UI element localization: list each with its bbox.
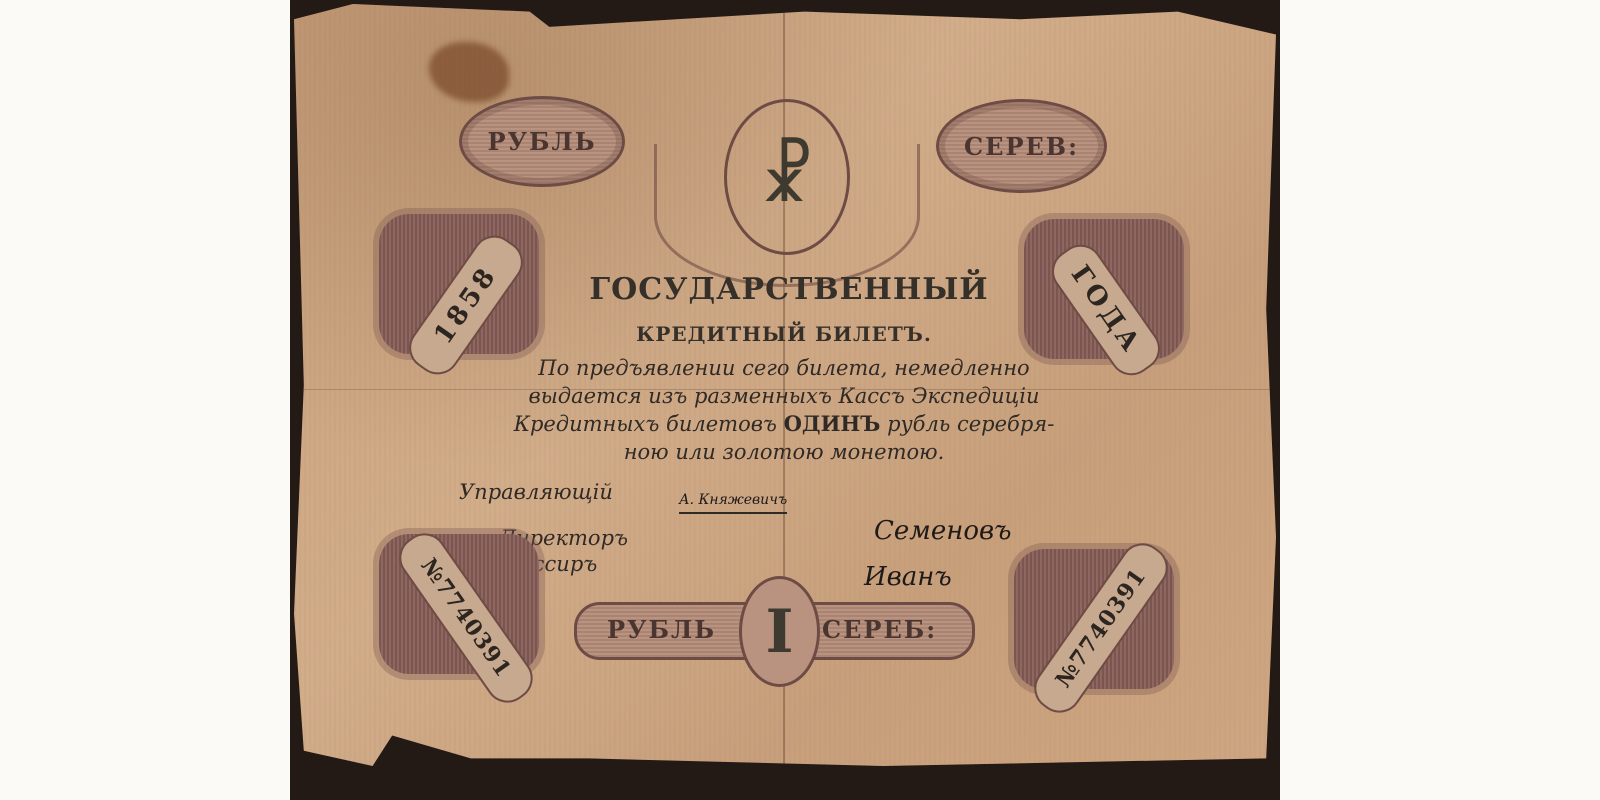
promise-line-3b: рубль серебря- <box>887 412 1054 436</box>
title-line-1: ГОСУДАРСТВЕННЫЙ <box>564 272 1014 307</box>
denomination-right-text: СЕРЕБ: <box>822 615 937 644</box>
banknote-photo: РУБЛЬ СЕРЕВ: ☧ 1858 ГОДА ГОСУДАРСТВЕННЫЙ… <box>290 0 1280 800</box>
denomination-numeral: I <box>739 576 820 687</box>
top-right-oval: СЕРЕВ: <box>936 99 1107 193</box>
amount-word: ОДИНЪ <box>784 411 881 436</box>
promise-line-1: По предъявлении сего билета, немедленно <box>454 354 1114 382</box>
top-left-oval: РУБЛЬ <box>459 96 625 187</box>
promise-line-3: Кредитныхъ билетовъ ОДИНЪ рубль серебря- <box>454 410 1114 438</box>
promise-line-4: ною или золотою монетою. <box>454 438 1114 466</box>
promise-line-2: выдается изъ разменныхъ Кассъ Экспедиціи <box>454 382 1114 410</box>
promise-text: По предъявлении сего билета, немедленно … <box>454 354 1114 466</box>
label-manager: Управляющій <box>459 480 613 504</box>
top-left-oval-text: РУБЛЬ <box>487 127 596 156</box>
signature-director: Семеновъ <box>874 516 1011 546</box>
double-headed-eagle-icon: ☧ <box>724 99 850 255</box>
signature-manager: А. Княжевичъ <box>679 492 787 514</box>
promise-line-3a: Кредитныхъ билетовъ <box>514 412 777 436</box>
banknote: РУБЛЬ СЕРЕВ: ☧ 1858 ГОДА ГОСУДАРСТВЕННЫЙ… <box>294 4 1276 766</box>
top-right-oval-text: СЕРЕВ: <box>964 132 1079 161</box>
signature-cashier: Иванъ <box>864 562 952 592</box>
denomination-left-text: РУБЛЬ <box>607 615 716 644</box>
title-line-2: КРЕДИТНЫЙ БИЛЕТЪ. <box>594 322 974 346</box>
denomination-numeral-text: I <box>765 597 793 667</box>
stain <box>429 42 509 102</box>
